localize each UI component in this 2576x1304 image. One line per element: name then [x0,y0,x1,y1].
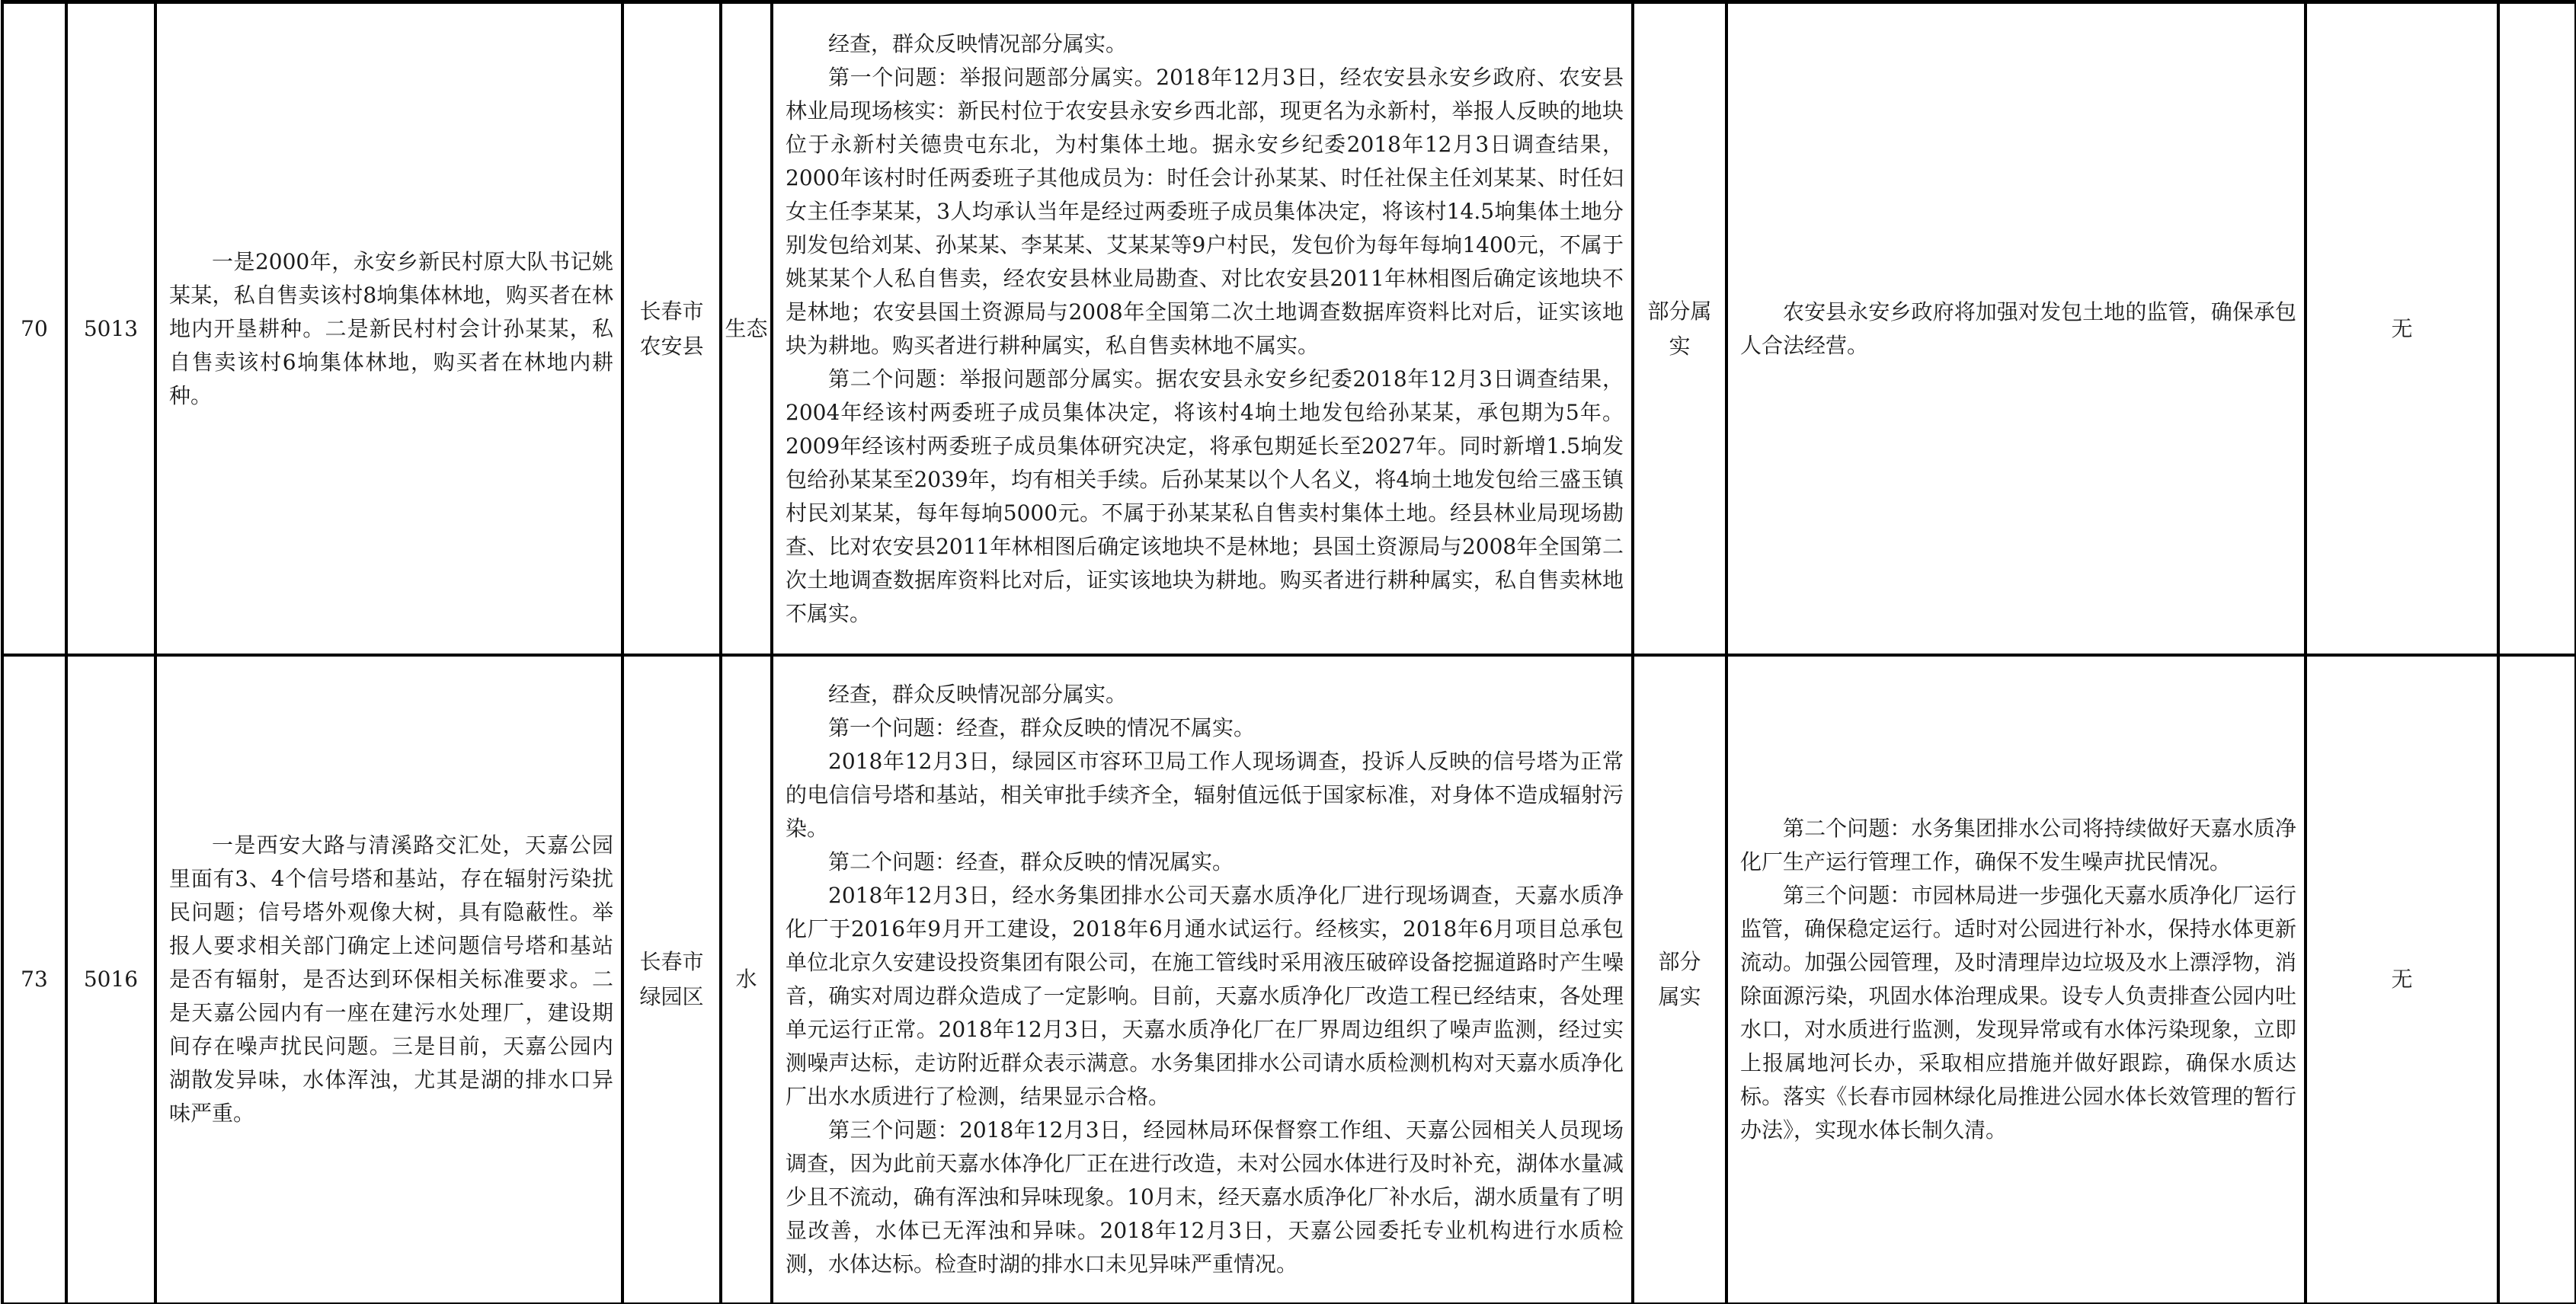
table-row: 70 5013 一是2000年，永安乡新民村原大队书记姚某某，私自售卖该村8垧集… [2,2,2576,656]
region-city: 长春市 [639,949,703,974]
findings-paragraph: 经查，群众反映情况部分属实。 [786,27,1624,61]
verdict-line: 属实 [1658,984,1701,1009]
rectification-paragraph: 第三个问题：市园林局进一步强化天嘉水质净化厂运行监管，确保稳定运行。适时对公园进… [1740,879,2296,1147]
accountability-cell: 无 [2306,655,2498,1304]
region-city: 长春市 [639,299,703,324]
complaint-cell: 一是2000年，永安乡新民村原大队书记姚某某，私自售卖该村8垧集体林地，购买者在… [155,2,622,656]
category-cell: 生态 [721,2,772,656]
verdict-line: 部分属 [1647,299,1711,324]
rectification-paragraph: 第二个问题：水务集团排水公司将持续做好天嘉水质净化厂生产运行管理工作，确保不发生… [1740,812,2296,879]
category-cell: 水 [721,655,772,1304]
case-number-cell: 5013 [66,2,155,656]
findings-paragraph: 第二个问题：经查，群众反映的情况属实。 [786,845,1624,879]
petition-results-table: 70 5013 一是2000年，永安乡新民村原大队书记姚某某，私自售卖该村8垧集… [1,0,2576,1304]
remarks-cell [2498,2,2576,656]
findings-paragraph: 2018年12月3日，绿园区市容环卫局工作人现场调查，投诉人反映的信号塔为正常的… [786,745,1624,845]
verdict-cell: 部分属 实 [1633,2,1726,656]
rectification-cell: 第二个问题：水务集团排水公司将持续做好天嘉水质净化厂生产运行管理工作，确保不发生… [1726,655,2306,1304]
seq-cell: 73 [2,655,66,1304]
findings-cell: 经查，群众反映情况部分属实。 第一个问题：举报问题部分属实。2018年12月3日… [772,2,1633,656]
findings-paragraph: 第二个问题：举报问题部分属实。据农安县永安乡纪委2018年12月3日调查结果，2… [786,363,1624,631]
findings-paragraph: 2018年12月3日，经水务集团排水公司天嘉水质净化厂进行现场调查，天嘉水质净化… [786,879,1624,1114]
complaint-text: 一是2000年，永安乡新民村原大队书记姚某某，私自售卖该村8垧集体林地，购买者在… [169,245,613,413]
region-district: 农安县 [639,334,703,359]
rectification-cell: 农安县永安乡政府将加强对发包土地的监管，确保承包人合法经营。 [1726,2,2306,656]
rectification-paragraph: 农安县永安乡政府将加强对发包土地的监管，确保承包人合法经营。 [1740,296,2296,363]
region-cell: 长春市 绿园区 [622,655,721,1304]
complaint-text: 一是西安大路与清溪路交汇处，天嘉公园里面有3、4个信号塔和基站，存在辐射污染扰民… [169,829,613,1130]
verdict-line: 部分 [1658,949,1701,974]
remarks-cell [2498,655,2576,1304]
findings-paragraph: 第三个问题：2018年12月3日，经园林局环保督察工作组、天嘉公园相关人员现场调… [786,1114,1624,1281]
region-cell: 长春市 农安县 [622,2,721,656]
table-row: 73 5016 一是西安大路与清溪路交汇处，天嘉公园里面有3、4个信号塔和基站，… [2,655,2576,1304]
verdict-cell: 部分 属实 [1633,655,1726,1304]
complaint-cell: 一是西安大路与清溪路交汇处，天嘉公园里面有3、4个信号塔和基站，存在辐射污染扰民… [155,655,622,1304]
verdict-line: 实 [1669,334,1690,359]
accountability-cell: 无 [2306,2,2498,656]
findings-paragraph: 第一个问题：举报问题部分属实。2018年12月3日，经农安县永安乡政府、农安县林… [786,61,1624,363]
findings-paragraph: 经查，群众反映情况部分属实。 [786,678,1624,711]
findings-cell: 经查，群众反映情况部分属实。 第一个问题：经查，群众反映的情况不属实。 2018… [772,655,1633,1304]
case-number-cell: 5016 [66,655,155,1304]
seq-cell: 70 [2,2,66,656]
findings-paragraph: 第一个问题：经查，群众反映的情况不属实。 [786,711,1624,745]
region-district: 绿园区 [639,984,703,1009]
